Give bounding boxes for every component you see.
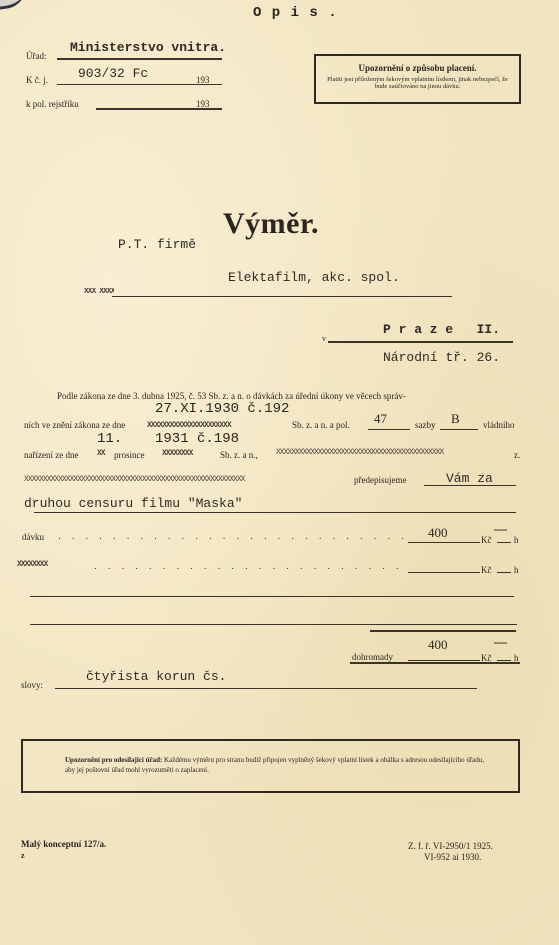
fee-row-1-h: h xyxy=(514,535,519,545)
total-hal: — xyxy=(494,634,507,650)
sender-notice-bold: Upozornění pro odesílající úřad: xyxy=(65,756,162,764)
payment-notice-body: Platiti jest přiloženým šekovým vplatním… xyxy=(324,76,511,90)
total-amount: 400 xyxy=(428,637,448,653)
street: Národní tř. 26. xyxy=(383,350,500,365)
total-underline xyxy=(350,662,520,664)
copy-label: O p i s . xyxy=(253,5,338,21)
fee-row-1-amount-line xyxy=(408,542,480,543)
legal-line-3-struck-day: XX xyxy=(97,449,111,458)
fee-row-2-currency: Kč xyxy=(481,565,492,575)
recipient-prefix: P.T. firmě xyxy=(118,237,196,252)
typed-vam-za: Vám za xyxy=(446,471,493,486)
pol-value: 47 xyxy=(374,411,387,427)
legal-line-3-end: z. xyxy=(514,450,520,460)
fee-row-1-dots: . . . . . . . . . . . . . . . . . . . . … xyxy=(58,532,403,542)
legal-line-1: Podle zákona ze dne 3. dubna 1925, č. 53… xyxy=(57,391,406,401)
total-separator xyxy=(370,630,516,632)
sazby-underline xyxy=(440,429,478,430)
legal-line-2-end: vládního xyxy=(483,420,515,430)
sender-notice-text: Upozornění pro odesílající úřad: Každému… xyxy=(65,755,494,775)
urad-value: Ministerstvo vnitra. xyxy=(70,40,226,55)
legal-line-2-struck: XXXXXXXXXXXXXXXXXXXXXX xyxy=(147,421,292,430)
words-underline xyxy=(55,688,477,689)
recipient-name: Elektafilm, akc. spol. xyxy=(228,270,400,285)
typed-day-decree: 11. xyxy=(97,431,122,447)
sazby-value: B xyxy=(451,411,460,427)
purpose-underline xyxy=(34,512,516,513)
kcj-value: 903/32 Fc xyxy=(78,66,148,81)
total-label: dohromady xyxy=(352,652,393,662)
sender-notice-box: Upozornění pro odesílající úřad: Každému… xyxy=(21,739,520,793)
legal-line-3-struck-end: XXXXXXXXXXXXXXXXXXXXXXXXXXXXXXXXXXXXXXXX… xyxy=(276,448,512,457)
city-prefix: v xyxy=(322,334,326,343)
fee-row-2-h: h xyxy=(514,565,519,575)
document-title: Výměr. xyxy=(223,207,319,241)
page-corner-curl xyxy=(0,0,29,12)
form-name: Malý konceptní 127/a. xyxy=(21,839,106,849)
typed-date-law: 27.XI.1930 č.192 xyxy=(155,401,289,417)
words-value: čtyřista korun čs. xyxy=(86,669,226,684)
typed-year-decree: 1931 č.198 xyxy=(155,431,239,447)
pol-underline xyxy=(368,429,410,430)
payment-notice-title: Upozornění o způsobu placení. xyxy=(316,63,519,73)
rejstrik-underline xyxy=(96,108,222,110)
fee-row-1-hal-line xyxy=(497,542,511,543)
sazby-label: sazby xyxy=(415,420,436,430)
footer-ref-2: VI-952 ai 1930. xyxy=(424,852,481,862)
city-underline xyxy=(328,341,513,343)
fee-row-1-hal: — xyxy=(494,521,507,537)
legal-line-3-mid: Sb. z. a n., xyxy=(220,450,258,460)
legal-line-3-struck-year: XXXXXXXX xyxy=(162,449,216,458)
footer-ref-1: Z. f. ř. VI-2950/1 1925. xyxy=(408,841,493,851)
fee-row-2-hal-line xyxy=(497,572,511,573)
urad-label: Úřad: xyxy=(26,51,47,61)
payment-notice-box: Upozornění o způsobu placení. Platiti je… xyxy=(314,54,521,104)
blank-line-1 xyxy=(30,596,514,597)
fee-row-2-amount-line xyxy=(408,572,480,573)
fee-row-2-dots: . . . . . . . . . . . . . . . . . . . . … xyxy=(94,562,404,572)
blank-line-2 xyxy=(30,624,517,625)
fee-row-1-label: dávku xyxy=(22,532,44,542)
kcj-underline xyxy=(57,84,222,85)
city: P r a z e II. xyxy=(383,322,500,337)
typed-purpose: druhou censuru filmu "Maska" xyxy=(24,496,242,511)
urad-underline xyxy=(57,58,222,60)
fee-row-1-amount: 400 xyxy=(428,525,448,541)
legal-line-3-start: nařízení ze dne xyxy=(24,450,78,460)
legal-line-2-mid: Sb. z. a n. a pol. xyxy=(292,420,350,430)
kcj-label: K č. j. xyxy=(26,75,48,85)
recipient-struck: XXX XXXX xyxy=(84,288,114,296)
legal-line-4-struck: XXXXXXXXXXXXXXXXXXXXXXXXXXXXXXXXXXXXXXXX… xyxy=(24,475,352,484)
legal-line-2-start: ních ve znění zákona ze dne xyxy=(24,420,125,430)
words-label: slovy: xyxy=(21,680,43,690)
legal-line-3-prosince: prosince xyxy=(114,450,145,460)
form-mark: z xyxy=(21,851,25,860)
rejstrik-label: k pol. rejstříku xyxy=(26,99,79,109)
predepisujeme-label: předepisujeme xyxy=(354,475,406,485)
total-amount-line xyxy=(408,660,480,661)
recipient-underline xyxy=(112,296,452,297)
fee-row-1-currency: Kč xyxy=(481,535,492,545)
predepisujeme-underline xyxy=(424,485,516,486)
fee-row-2-label-struck: XXXXXXXX xyxy=(17,560,81,569)
total-hal-line xyxy=(497,660,511,661)
